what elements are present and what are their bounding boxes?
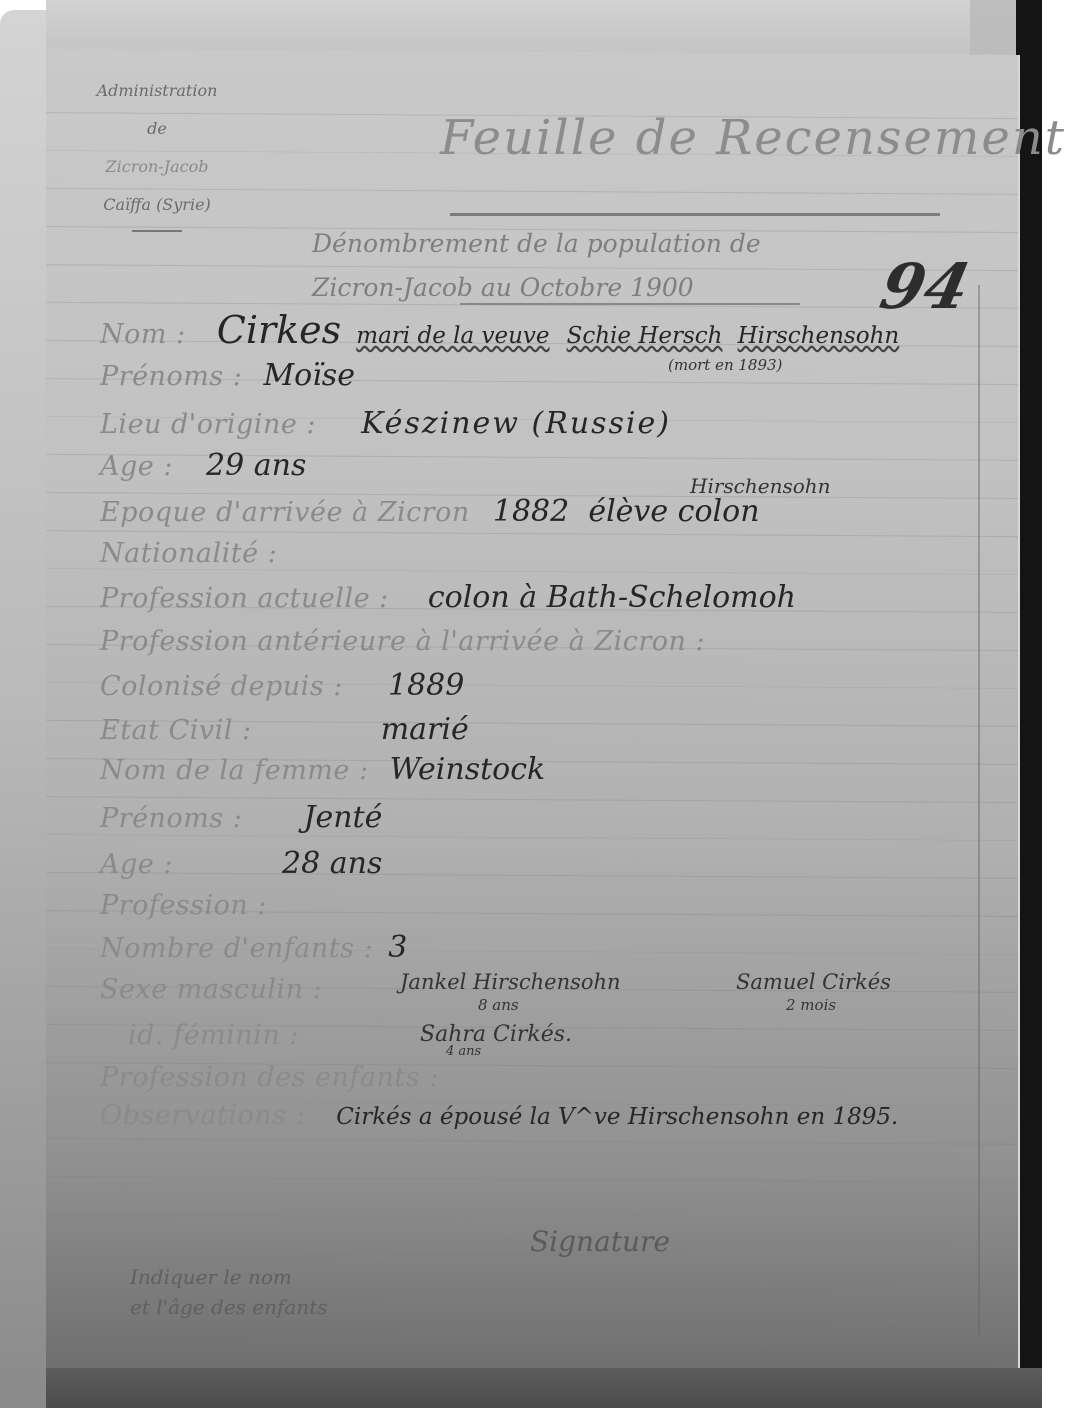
footer-note-line: Indiquer le nom bbox=[130, 1262, 328, 1292]
field-profession-femme: Profession : bbox=[100, 890, 267, 921]
field-label: Age : bbox=[100, 451, 173, 482]
field-value: 29 ans bbox=[206, 448, 306, 483]
field-nom: Nom : Cirkes mari de la veuve Schie Hers… bbox=[100, 308, 899, 352]
field-label: Lieu d'origine : bbox=[100, 409, 316, 440]
field-age-femme: Age : 28 ans bbox=[100, 846, 382, 881]
adjacent-page-edge bbox=[0, 10, 47, 1408]
dark-binding-edge bbox=[1016, 0, 1042, 1408]
admin-line: Zicron-Jacob bbox=[62, 148, 252, 186]
form-subtitle: Dénombrement de la population de Zicron-… bbox=[312, 222, 932, 310]
footer-note: Indiquer le nom et l'âge des enfants bbox=[130, 1262, 328, 1322]
admin-line: de bbox=[62, 110, 252, 148]
field-value: 28 ans bbox=[282, 846, 382, 881]
page-bottom-shadow bbox=[46, 1368, 1042, 1408]
field-value: Moïse bbox=[263, 358, 355, 393]
field-label: Sexe masculin : bbox=[100, 974, 322, 1005]
field-sexe-masculin: Sexe masculin : bbox=[100, 974, 322, 1005]
field-value: Készinew (Russie) bbox=[361, 406, 671, 441]
field-value: Jenté bbox=[303, 800, 382, 835]
field-epoque-arrivee: Epoque d'arrivée à Zicron 1882 élève col… bbox=[100, 494, 760, 529]
child-age: 2 mois bbox=[786, 996, 836, 1014]
field-note: élève colon bbox=[588, 494, 759, 529]
title-rule bbox=[450, 213, 940, 216]
field-label: Etat Civil : bbox=[100, 715, 252, 746]
field-value: 1889 bbox=[388, 668, 464, 703]
form-title: Feuille de Recensement bbox=[440, 110, 1066, 166]
field-etat-civil: Etat Civil : marié bbox=[100, 712, 469, 747]
field-label: Nom de la femme : bbox=[100, 755, 369, 786]
divider bbox=[132, 230, 182, 232]
field-label: Nombre d'enfants : bbox=[100, 933, 373, 964]
administration-block: Administration de Zicron-Jacob Caïffa (S… bbox=[62, 72, 252, 232]
field-label: Colonisé depuis : bbox=[100, 671, 343, 702]
field-value: colon à Bath-Schelomoh bbox=[428, 580, 796, 615]
field-nombre-enfants: Nombre d'enfants : 3 bbox=[100, 930, 407, 965]
child-name: Sahra Cirkés. bbox=[420, 1022, 572, 1047]
field-label: Observations : bbox=[100, 1100, 305, 1131]
field-label: Nationalité : bbox=[100, 538, 277, 569]
field-value: 1882 bbox=[493, 494, 569, 529]
field-colonise-depuis: Colonisé depuis : 1889 bbox=[100, 668, 464, 703]
child-age: 4 ans bbox=[446, 1044, 481, 1059]
child-name: Samuel Cirkés bbox=[736, 970, 891, 994]
child-name: Jankel Hirschensohn bbox=[400, 970, 621, 994]
field-label: id. féminin : bbox=[128, 1020, 299, 1051]
field-value: 3 bbox=[388, 930, 407, 965]
margin-rule bbox=[978, 285, 980, 1335]
death-note: (mort en 1893) bbox=[668, 356, 782, 374]
field-sexe-feminin: id. féminin : bbox=[128, 1020, 299, 1051]
field-label: Profession des enfants : bbox=[100, 1062, 439, 1093]
field-label: Nom : bbox=[100, 319, 186, 350]
field-nationalite: Nationalité : bbox=[100, 538, 277, 569]
field-label: Profession antérieure à l'arrivée à Zicr… bbox=[100, 626, 705, 657]
signature-label: Signature bbox=[530, 1225, 670, 1258]
footer-note-line: et l'âge des enfants bbox=[130, 1292, 328, 1322]
admin-line: Administration bbox=[62, 72, 252, 110]
subtitle-line-1: Dénombrement de la population de bbox=[312, 222, 932, 266]
field-age: Age : 29 ans bbox=[100, 448, 306, 483]
annotation: mari de la veuve bbox=[356, 323, 549, 349]
field-value: marié bbox=[381, 712, 469, 747]
field-profession-actuelle: Profession actuelle : colon à Bath-Schel… bbox=[100, 580, 796, 615]
field-observations: Observations : Cirkés a épousé la V^ve H… bbox=[100, 1100, 898, 1131]
field-value: Weinstock bbox=[390, 752, 546, 787]
first-husband-surname: Hirschensohn bbox=[738, 323, 900, 349]
field-label: Profession actuelle : bbox=[100, 583, 389, 614]
field-label: Prénoms : bbox=[100, 803, 242, 834]
field-value: Cirkés a épousé la V^ve Hirschensohn en … bbox=[336, 1104, 898, 1130]
field-prenoms: Prénoms : Moïse bbox=[100, 358, 355, 393]
field-label: Prénoms : bbox=[100, 361, 242, 392]
first-husband-name: Schie Hersch bbox=[567, 323, 723, 349]
field-lieu-origine: Lieu d'origine : Készinew (Russie) bbox=[100, 406, 671, 441]
field-profession-enfants: Profession des enfants : bbox=[100, 1062, 439, 1093]
field-nom-femme: Nom de la femme : Weinstock bbox=[100, 752, 545, 787]
field-profession-anterieure: Profession antérieure à l'arrivée à Zicr… bbox=[100, 626, 705, 657]
child-age: 8 ans bbox=[478, 996, 519, 1014]
field-label: Epoque d'arrivée à Zicron bbox=[100, 497, 470, 528]
field-label: Profession : bbox=[100, 890, 267, 921]
field-prenoms-femme: Prénoms : Jenté bbox=[100, 800, 382, 835]
field-label: Age : bbox=[100, 849, 173, 880]
field-value: Cirkes bbox=[217, 308, 341, 352]
admin-line: Caïffa (Syrie) bbox=[62, 186, 252, 224]
subtitle-rule bbox=[460, 303, 800, 305]
